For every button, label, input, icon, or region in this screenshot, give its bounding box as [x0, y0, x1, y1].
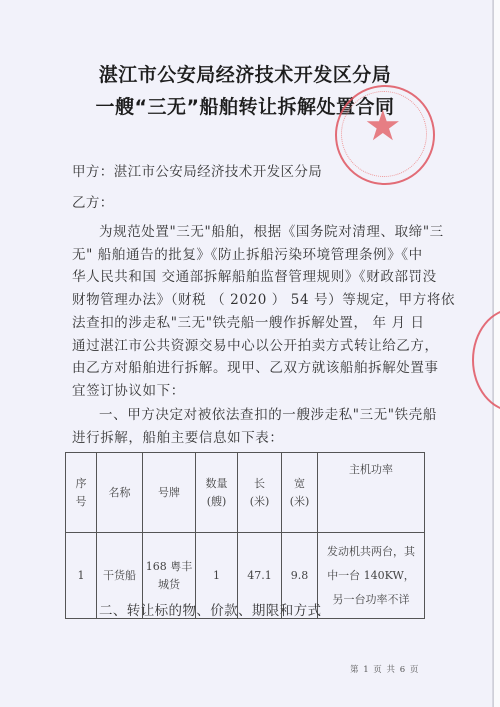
header-quantity: 数量(艘): [196, 453, 238, 533]
intro-line: 由乙方对船舶进行拆解。现甲、乙双方就该船舶拆解处置事: [72, 357, 432, 380]
section-2-heading: 二、转让标的物、价款、期限和方式: [99, 599, 321, 619]
header-index: 序号: [66, 453, 97, 533]
official-seal: ★: [335, 85, 435, 185]
section-1: 一、甲方决定对被依法查扣的一艘涉走私"三无"铁壳船 进行拆解，船舶主要信息如下表…: [72, 404, 432, 449]
party-b: 乙方：: [72, 191, 114, 211]
table-header-row: 序号 名称 号牌 数量(艘) 长(米) 宽(米) 主机功率: [66, 453, 425, 533]
intro-line: 华人民共和国 交通部拆解船舶监督管理规则》《财政部罚没: [72, 266, 432, 289]
intro-paragraph: 为规范处置"三无"船舶，根据《国务院对清理、取缔"三 无" 船舶通告的批复》《防…: [72, 221, 432, 403]
intro-line: 财物管理办法》（财税 （ 2020 ） 54 号）等规定，甲方将依: [72, 289, 432, 312]
party-a: 甲方：湛江市公安局经济技术开发区分局: [72, 160, 322, 180]
section-1-line: 一、甲方决定对被依法查扣的一艘涉走私"三无"铁壳船: [72, 404, 432, 427]
intro-line: 无" 船舶通告的批复》《防止拆船污染环境管理条例》《中: [72, 244, 432, 267]
header-length: 长(米): [238, 453, 282, 533]
header-plate: 号牌: [143, 453, 196, 533]
section-1-line: 进行拆解，船舶主要信息如下表：: [72, 427, 432, 450]
intro-line: 通过湛江市公共资源交易中心以公开拍卖方式转让给乙方，: [72, 335, 432, 358]
ship-info-table: 序号 名称 号牌 数量(艘) 长(米) 宽(米) 主机功率 1 干货船 168 …: [65, 452, 425, 619]
intro-line: 法查扣的涉走私"三无"铁壳船一艘作拆解处置， 年 月 日: [72, 312, 432, 335]
document-title-line1: 湛江市公安局经济技术开发区分局: [0, 60, 490, 87]
page-number: 第 1 页 共 6 页: [350, 663, 419, 675]
header-width: 宽(米): [282, 453, 318, 533]
header-power: 主机功率: [318, 453, 425, 533]
cell-power: 发动机共两台，其中一台 140KW，另一台功率不详: [318, 533, 425, 619]
intro-line: 为规范处置"三无"船舶，根据《国务院对清理、取缔"三: [72, 221, 432, 244]
header-name: 名称: [97, 453, 143, 533]
cell-index: 1: [66, 533, 97, 619]
intro-line: 宜签订协议如下：: [72, 380, 432, 403]
